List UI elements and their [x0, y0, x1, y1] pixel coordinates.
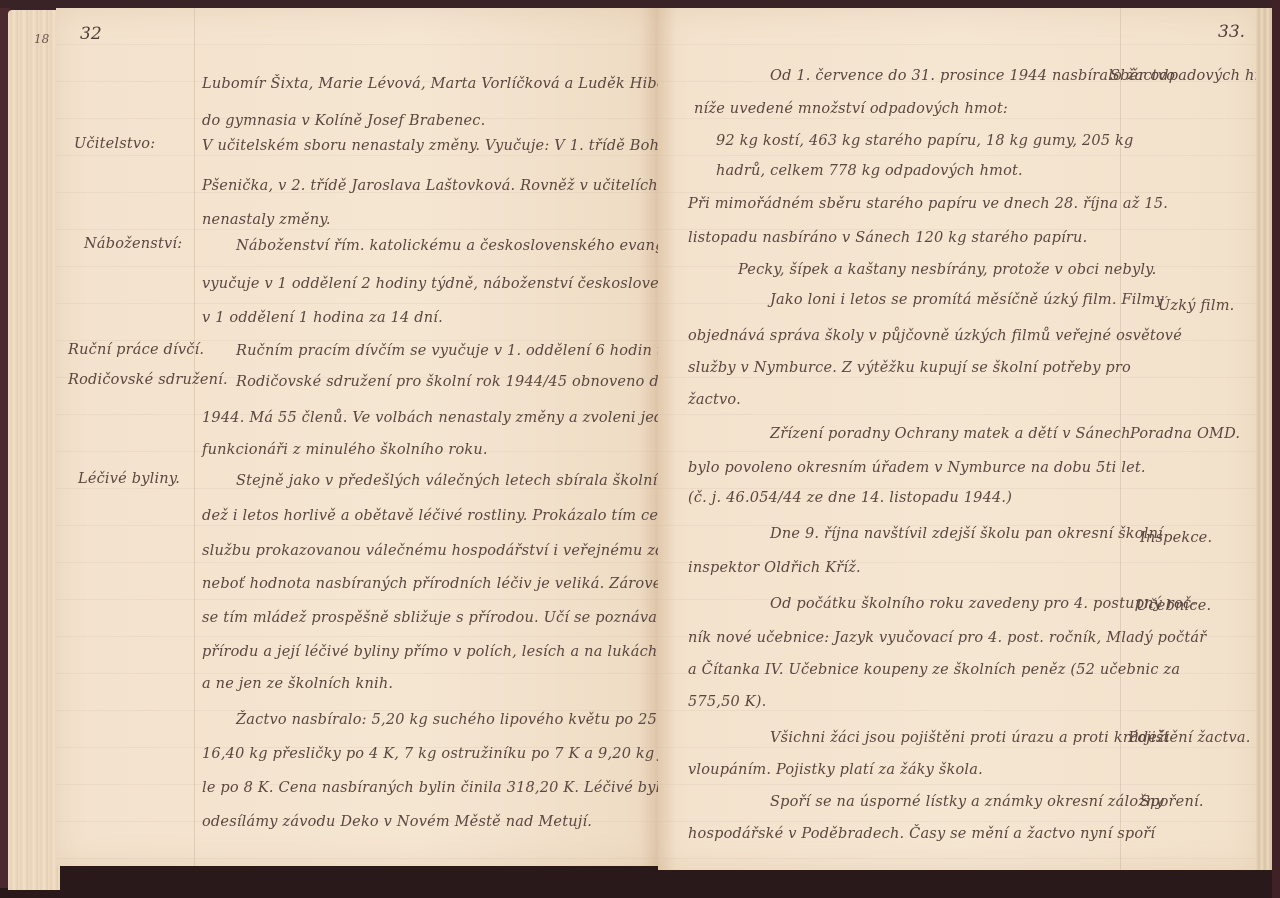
text-line: a Čítanka IV. Učebnice koupeny ze školní… [688, 662, 1180, 678]
text-line: 16,40 kg přesličky po 4 K, 7 kg ostružin… [202, 746, 713, 762]
text-line: Dne 9. října navštívil zdejší školu pan … [770, 526, 1163, 542]
left-page: 32 Lubomír Šixta, Marie Lévová, Marta Vo… [56, 8, 658, 866]
text-line: Jako loni i letos se promítá měsíčně úzk… [770, 292, 1164, 308]
text-line: vloupáním. Pojistky platí za žáky škola. [688, 762, 983, 778]
margin-label-pojisteni-zactva: Pojištění žactva. [1128, 730, 1251, 746]
text-line: žactvo. [688, 392, 741, 408]
text-line: dež i letos horlivě a obětavě léčivé ros… [202, 508, 696, 524]
text-line: přírodu a její léčivé byliny přímo v pol… [202, 644, 657, 660]
text-line: 1944. Má 55 členů. Ve volbách nenastaly … [202, 410, 731, 426]
text-line: odesílámy závodu Deko v Novém Městě nad … [202, 814, 592, 830]
text-line: Ručním pracím dívčím se vyučuje v 1. odd… [236, 343, 704, 359]
page-number-right: 33. [1218, 22, 1245, 42]
book-cover-right [1272, 0, 1280, 898]
text-line: 575,50 K). [688, 694, 766, 710]
text-line: do gymnasia v Kolíně Josef Brabenec. [202, 113, 485, 129]
text-line: nenastaly změny. [202, 212, 331, 228]
text-line: funkcionáři z minulého školního roku. [202, 442, 488, 458]
text-line: a ne jen ze školních knih. [202, 676, 393, 692]
text-line: bylo povoleno okresním úřadem v Nymburce… [688, 460, 1146, 476]
text-line: Od počátku školního roku zavedeny pro 4.… [770, 596, 1196, 612]
text-line: Žactvo nasbíralo: 5,20 kg suchého lipové… [236, 712, 678, 728]
text-line: V učitelském sboru nenastaly změny. Vyuč… [202, 138, 692, 154]
text-line: hadrů, celkem 778 kg odpadových hmot. [716, 163, 1023, 179]
margin-rule [194, 8, 195, 866]
text-line: neboť hodnota nasbíraných přírodních léč… [202, 576, 671, 592]
text-line: Všichni žáci jsou pojištěni proti úrazu … [770, 730, 1170, 746]
text-line: hospodářské v Poděbradech. Časy se mění … [688, 826, 1155, 842]
text-line: Zřízení poradny Ochrany matek a dětí v S… [770, 426, 1131, 442]
right-page: 33. Od 1. července do 31. prosince 1944 … [658, 8, 1258, 870]
margin-label-uzky-film: Úzký film. [1158, 298, 1234, 314]
stack-page-number: 18 [34, 32, 49, 46]
text-line: inspektor Oldřich Kříž. [688, 560, 861, 576]
text-line: Lubomír Šixta, Marie Lévová, Marta Vorlí… [202, 76, 679, 92]
text-line: se tím mládež prospěšně sbližuje s příro… [202, 610, 663, 626]
text-line: listopadu nasbíráno v Sánech 120 kg star… [688, 230, 1087, 246]
page-stack-left: 18 [8, 10, 60, 890]
margin-label-lecive-byliny: Léčivé byliny. [78, 471, 180, 487]
text-line: vyučuje v 1 oddělení 2 hodiny týdně, náb… [202, 276, 717, 292]
text-line: objednává správa školy v půjčovně úzkých… [688, 328, 1182, 344]
text-line: (č. j. 46.054/44 ze dne 14. listopadu 19… [688, 490, 1012, 506]
text-line: níže uvedené množství odpadových hmot: [694, 101, 1008, 117]
text-line: službu prokazovanou válečnému hospodářst… [202, 543, 699, 559]
text-line: služby v Nymburce. Z výtěžku kupují se š… [688, 360, 1131, 376]
text-line: Spoří se na úsporné lístky a známky okre… [770, 794, 1164, 810]
text-line: Při mimořádném sběru starého papíru ve d… [688, 196, 1168, 212]
margin-label-ucebnice: Učebnice. [1136, 598, 1211, 614]
margin-label-inspekce: Inspekce. [1140, 530, 1212, 546]
text-line: Stejně jako v předešlých válečných letec… [236, 473, 695, 489]
margin-label-rodicovske-sdruzeni: Rodičovské sdružení. [68, 372, 228, 388]
margin-label-sporeni: Spoření. [1140, 794, 1204, 810]
page-number-left: 32 [80, 24, 102, 44]
margin-label-nabozenstvi: Náboženství: [84, 236, 182, 252]
margin-label-poradna-omd: Poradna OMD. [1130, 426, 1240, 442]
book-spread: 18 32 Lubomír Šixta, Marie Lévová, Marta… [0, 0, 1280, 898]
text-line: v 1 oddělení 1 hodina za 14 dní. [202, 310, 443, 326]
text-line: 92 kg kostí, 463 kg starého papíru, 18 k… [716, 133, 1134, 149]
margin-label-ucitelstvo: Učitelstvo: [74, 136, 155, 152]
margin-label-rucni-prace: Ruční práce dívčí. [68, 342, 204, 358]
margin-label-sber-odpadovych-hmot: Sběr odpadových hmot. [1110, 68, 1280, 84]
text-line: ník nové učebnice: Jazyk vyučovací pro 4… [688, 630, 1206, 646]
text-line: Pecky, šípek a kaštany nesbírány, protož… [738, 262, 1156, 278]
text-line: le po 8 K. Cena nasbíraných bylin činila… [202, 780, 683, 796]
